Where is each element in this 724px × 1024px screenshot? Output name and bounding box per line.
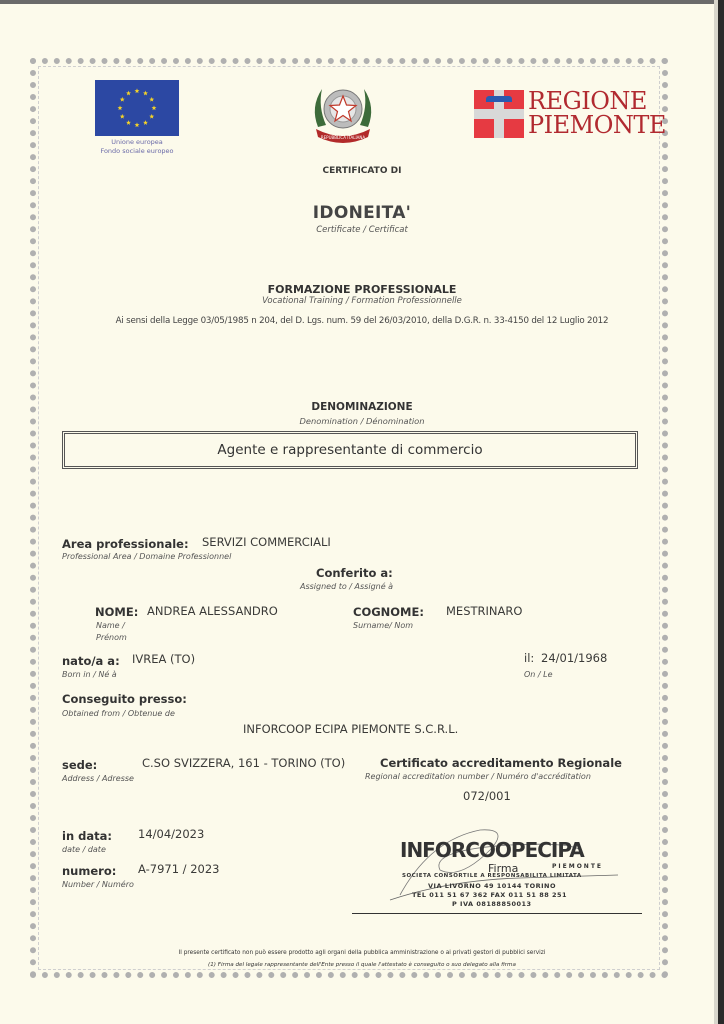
stamp-name: INFORCOOPECIPA — [400, 838, 584, 862]
assigned-to-translation: Assigned to / Assigné à — [300, 582, 393, 591]
legal-basis: Ai sensi della Legge 03/05/1985 n 204, d… — [0, 316, 724, 326]
eu-caption: Unione europea Fondo sociale europeo — [82, 138, 192, 156]
assigned-to-label: Conferito a: — [316, 566, 393, 580]
birthdate-value: 24/01/1968 — [541, 651, 607, 665]
address-translation: Address / Adresse — [62, 774, 134, 783]
scan-edge-top — [0, 0, 724, 4]
training-type: FORMAZIONE PROFESSIONALE — [0, 283, 724, 296]
scan-edge-right — [718, 0, 724, 1024]
birthplace-value: IVREA (TO) — [132, 652, 195, 666]
accreditation-translation: Regional accreditation number / Numéro d… — [365, 772, 591, 781]
institution-stamp: INFORCOOPECIPA Firma PIEMONTE SOCIETA CO… — [400, 820, 630, 915]
regione-line1: REGIONE — [528, 89, 666, 113]
eu-flag-icon — [95, 80, 179, 136]
denomination-label: DENOMINAZIONE — [0, 401, 724, 413]
date-translation: date / date — [62, 845, 106, 854]
eu-caption-line1: Unione europea — [82, 138, 192, 147]
regione-piemonte-logo: REGIONE PIEMONTE — [528, 89, 666, 137]
eu-caption-line2: Fondo sociale europeo — [82, 147, 192, 156]
area-value: SERVIZI COMMERCIALI — [202, 535, 331, 549]
surname-value: MESTRINARO — [446, 604, 522, 618]
name-translation-1: Name / — [96, 621, 125, 630]
obtained-from-translation: Obtained from / Obtenue de — [62, 709, 175, 718]
surname-label: COGNOME: — [353, 605, 424, 619]
institution-value: INFORCOOP ECIPA PIEMONTE S.C.R.L. — [243, 722, 458, 736]
name-value: ANDREA ALESSANDRO — [147, 604, 278, 618]
certificate-title-translation: Certificate / Certificat — [0, 225, 724, 235]
signature-line — [352, 913, 642, 914]
denomination-box: Agente e rappresentante di commercio — [62, 431, 638, 469]
stamp-line-3: TEL 011 51 67 362 FAX 011 51 88 251 — [412, 891, 567, 899]
address-value: C.SO SVIZZERA, 161 - TORINO (TO) — [142, 756, 345, 770]
accreditation-value: 072/001 — [463, 789, 511, 803]
date-value: 14/04/2023 — [138, 827, 204, 841]
certificate-title: IDONEITA' — [0, 203, 724, 223]
birthdate-label: il: — [524, 651, 534, 665]
number-translation: Number / Numéro — [62, 880, 134, 889]
birthdate-translation: On / Le — [524, 670, 553, 679]
denomination-translation: Denomination / Dénomination — [0, 416, 724, 426]
accreditation-label: Certificato accreditamento Regionale — [380, 756, 622, 770]
address-label: sede: — [62, 758, 97, 772]
piemonte-flag-icon — [474, 90, 524, 138]
area-label: Area professionale: — [62, 537, 189, 551]
footer-signature-note: (1) Firma del legale rappresentante dell… — [0, 962, 724, 968]
svg-text:REPUBBLICA ITALIANA: REPUBBLICA ITALIANA — [321, 135, 366, 140]
footer-note: Il presente certificato non può essere p… — [0, 950, 724, 956]
certificate-of-label: CERTIFICATO DI — [0, 166, 724, 176]
stamp-line-1: SOCIETA CONSORTILE A RESPONSABILITA LIMI… — [402, 873, 582, 879]
stamp-region: PIEMONTE — [552, 863, 603, 870]
birthplace-label: nato/a a: — [62, 654, 120, 668]
obtained-from-label: Conseguito presso: — [62, 692, 187, 706]
denomination-value: Agente e rappresentante di commercio — [217, 442, 482, 458]
stamp-line-2: VIA LIVORNO 49 10144 TORINO — [428, 882, 556, 890]
regione-line2: PIEMONTE — [528, 113, 666, 137]
name-translation-2: Prénom — [96, 633, 127, 642]
stamp-line-4: P IVA 08188850013 — [452, 900, 532, 908]
number-value: A-7971 / 2023 — [138, 862, 219, 876]
surname-translation: Surname/ Nom — [353, 621, 413, 630]
birthplace-translation: Born in / Né à — [62, 670, 117, 679]
name-label: NOME: — [95, 605, 138, 619]
area-translation: Professional Area / Domaine Professionne… — [62, 552, 231, 561]
date-label: in data: — [62, 829, 112, 843]
number-label: numero: — [62, 864, 116, 878]
training-type-translation: Vocational Training / Formation Professi… — [0, 296, 724, 306]
italian-republic-emblem-icon: REPUBBLICA ITALIANA — [308, 77, 378, 149]
